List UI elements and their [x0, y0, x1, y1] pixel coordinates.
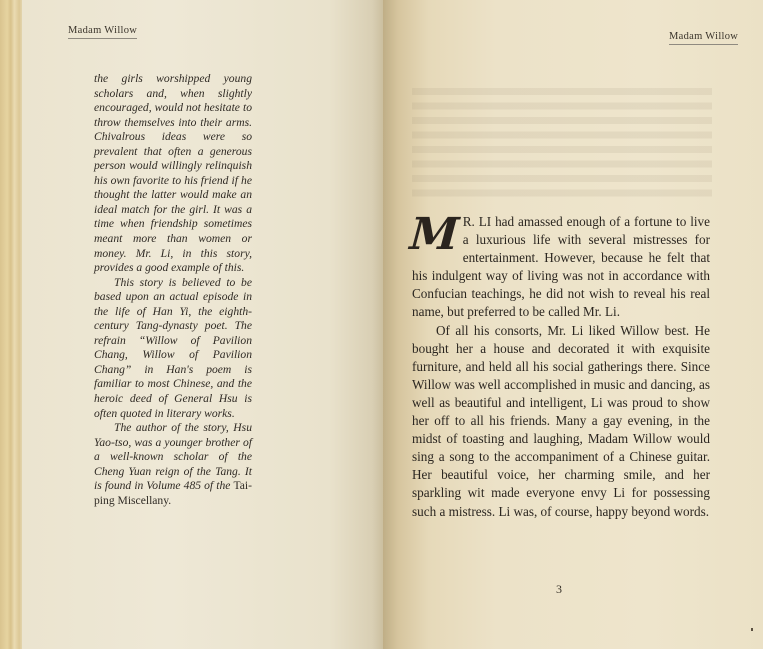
running-head-left: Madam Willow [68, 25, 137, 39]
story-paragraph: Of all his consorts, Mr. Li liked Willow… [412, 322, 710, 521]
intro-paragraph: This story is believed to be based upon … [94, 276, 252, 421]
drop-cap: M [409, 215, 461, 255]
show-through-text [412, 83, 712, 203]
story-text: MR. LI had amassed enough of a fortune t… [412, 213, 710, 521]
intro-paragraph: The author of the story, Hsu Yao-tso, wa… [94, 421, 252, 508]
intro-paragraph: the girls worshipped young scholars and,… [94, 72, 252, 276]
page-edges [0, 0, 24, 649]
running-head-right: Madam Willow [669, 31, 738, 45]
book-spread: Madam Willow the girls worshipped young … [0, 0, 763, 649]
story-paragraph: MR. LI had amassed enough of a fortune t… [412, 213, 710, 322]
page-number: 3 [556, 582, 562, 597]
paper-speck [751, 628, 753, 631]
intro-text: The author of the story, Hsu Yao-tso, wa… [94, 421, 252, 492]
introduction-text: the girls worshipped young scholars and,… [94, 72, 252, 508]
